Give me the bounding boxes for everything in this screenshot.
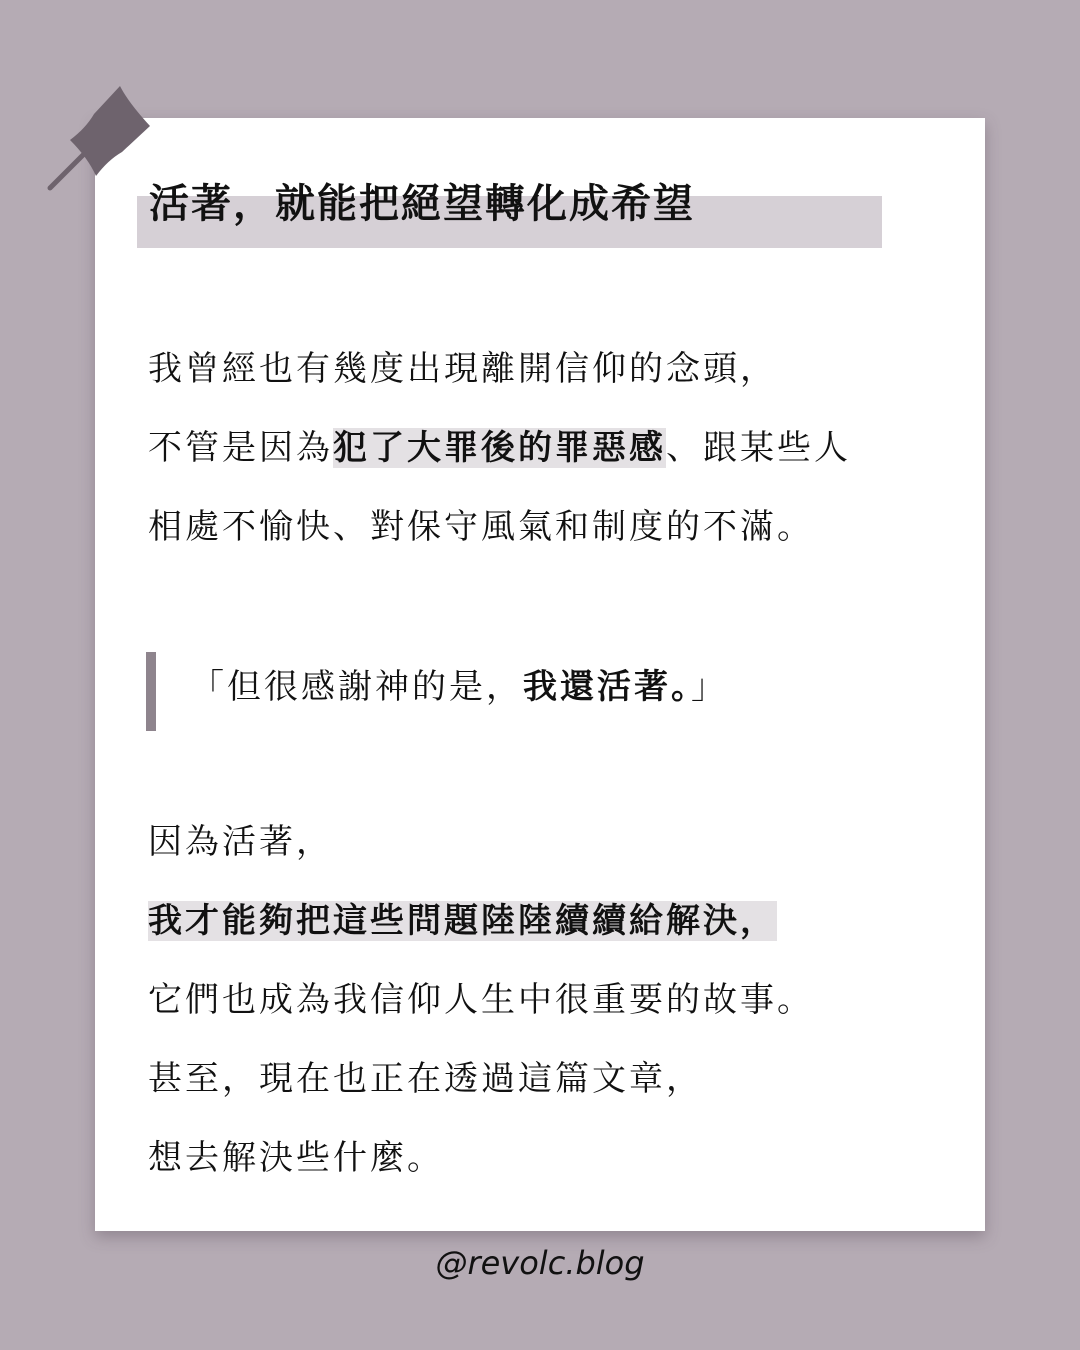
highlighted-text: 我才能夠把這些問題陸陸續續給解決， <box>148 901 777 941</box>
paragraph-2: 因為活著， 我才能夠把這些問題陸陸續續給解決， 它們也成為我信仰人生中很重要的故… <box>148 803 814 1198</box>
text-line: 因為活著， <box>148 803 814 882</box>
text-line: 甚至，現在也正在透過這篇文章， <box>148 1040 814 1119</box>
text-line: 相處不愉快、對保守風氣和制度的不滿。 <box>148 488 851 567</box>
paragraph-1: 我曾經也有幾度出現離開信仰的念頭， 不管是因為犯了大罪後的罪惡感、跟某些人 相處… <box>148 330 851 567</box>
text-line: 我才能夠把這些問題陸陸續續給解決， <box>148 882 814 961</box>
quote-bar <box>146 652 156 731</box>
title-block: 活著，就能把絕望轉化成希望 <box>137 168 695 240</box>
blog-handle: @revolc.blog <box>0 1244 1080 1282</box>
quote-text: 「但很感謝神的是， <box>190 667 523 707</box>
page-title: 活著，就能把絕望轉化成希望 <box>137 168 695 240</box>
text-span: 不管是因為 <box>148 428 333 468</box>
highlighted-text: 犯了大罪後的罪惡感 <box>333 428 666 468</box>
quote-bold-text: 我還活著。 <box>523 667 691 707</box>
text-line: 它們也成為我信仰人生中很重要的故事。 <box>148 961 814 1040</box>
text-line: 我曾經也有幾度出現離開信仰的念頭， <box>148 330 851 409</box>
text-span: 、跟某些人 <box>666 428 851 468</box>
quote-close: 」 <box>691 667 728 707</box>
text-line: 不管是因為犯了大罪後的罪惡感、跟某些人 <box>148 409 851 488</box>
blockquote: 「但很感謝神的是，我還活著。」 <box>190 652 728 722</box>
text-line: 想去解決些什麼。 <box>148 1119 814 1198</box>
